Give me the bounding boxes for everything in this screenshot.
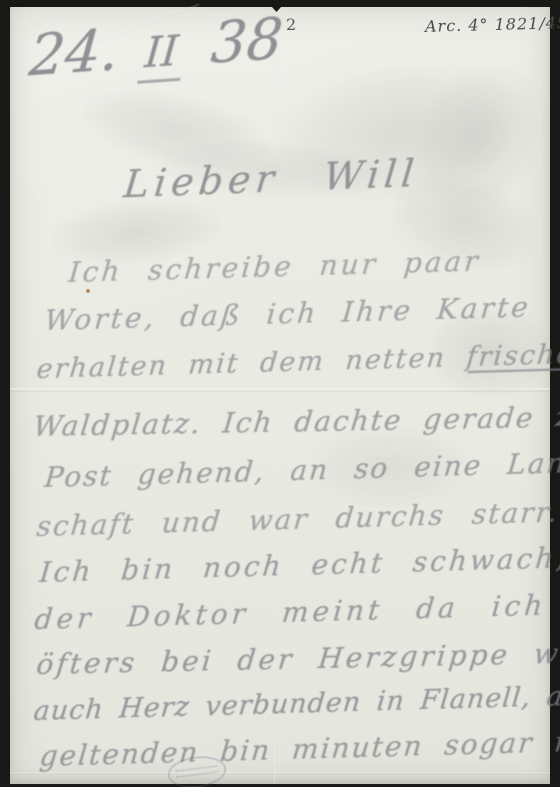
- handwritten-line-11: geltenden bin minuten sogar noch: [38, 726, 560, 771]
- horizontal-fold-crease: [10, 388, 550, 392]
- line-text: Ich bin noch echt schwach,: [38, 541, 560, 589]
- date-day: 24.: [27, 18, 122, 90]
- line-text: Post gehend, an so eine Land-: [43, 446, 560, 495]
- line-text: der Doktor meint da ich: [33, 589, 548, 636]
- archive-reference: Arc. 4° 1821/45: [425, 13, 560, 36]
- handwritten-line-4: Waldplatz. Ich dachte gerade zur: [32, 403, 560, 441]
- underlined-word: frischen: [465, 338, 560, 373]
- date-year: 38: [209, 6, 286, 77]
- handwritten-line-2: Worte, daß ich Ihre Karte: [43, 293, 532, 335]
- letter-paper: 2 Arc. 4° 1821/45 24.II38 Lieber Will Ic…: [10, 7, 550, 784]
- line-text: geltenden bin minuten sogar noch: [38, 723, 560, 773]
- handwritten-line-3: erhalten mit dem netten frischen: [35, 340, 560, 383]
- line-text: Ich schreibe nur paar: [67, 244, 482, 289]
- page-number: 2: [286, 15, 296, 34]
- handwritten-line-10: auch Herz verbunden in Flanell, auf-: [32, 682, 560, 725]
- pencil-smudge: [391, 42, 560, 232]
- handwritten-line-1: Ich schreibe nur paar: [67, 247, 482, 287]
- line-text: erhalten mit dem netten: [35, 342, 468, 385]
- scanned-letter-page: 2 Arc. 4° 1821/45 24.II38 Lieber Will Ic…: [0, 0, 560, 787]
- line-text: schaft und war durchs starr.: [35, 495, 560, 543]
- letter-date: 24.II38: [27, 11, 285, 85]
- handwritten-line-8: der Doktor meint da ich: [33, 592, 547, 634]
- date-month-roman: II: [137, 25, 185, 83]
- handwritten-line-9: öfters bei der Herzgrippe weg,: [35, 639, 560, 679]
- salutation: Lieber Will: [122, 154, 420, 203]
- line-text: Waldplatz. Ich dachte gerade zur: [32, 400, 560, 443]
- paper-speck: [86, 289, 90, 293]
- handwritten-line-5: Post gehend, an so eine Land-: [43, 449, 560, 493]
- handwritten-line-6: schaft und war durchs starr.: [35, 498, 560, 541]
- handwritten-line-7: Ich bin noch echt schwach,: [38, 544, 560, 587]
- line-text: öfters bei der Herzgrippe weg,: [35, 636, 560, 681]
- line-text: auch Herz verbunden in Flanell, auf-: [32, 680, 560, 727]
- line-text: Worte, daß ich Ihre Karte: [43, 290, 532, 337]
- bottom-fold-crease: [10, 772, 550, 775]
